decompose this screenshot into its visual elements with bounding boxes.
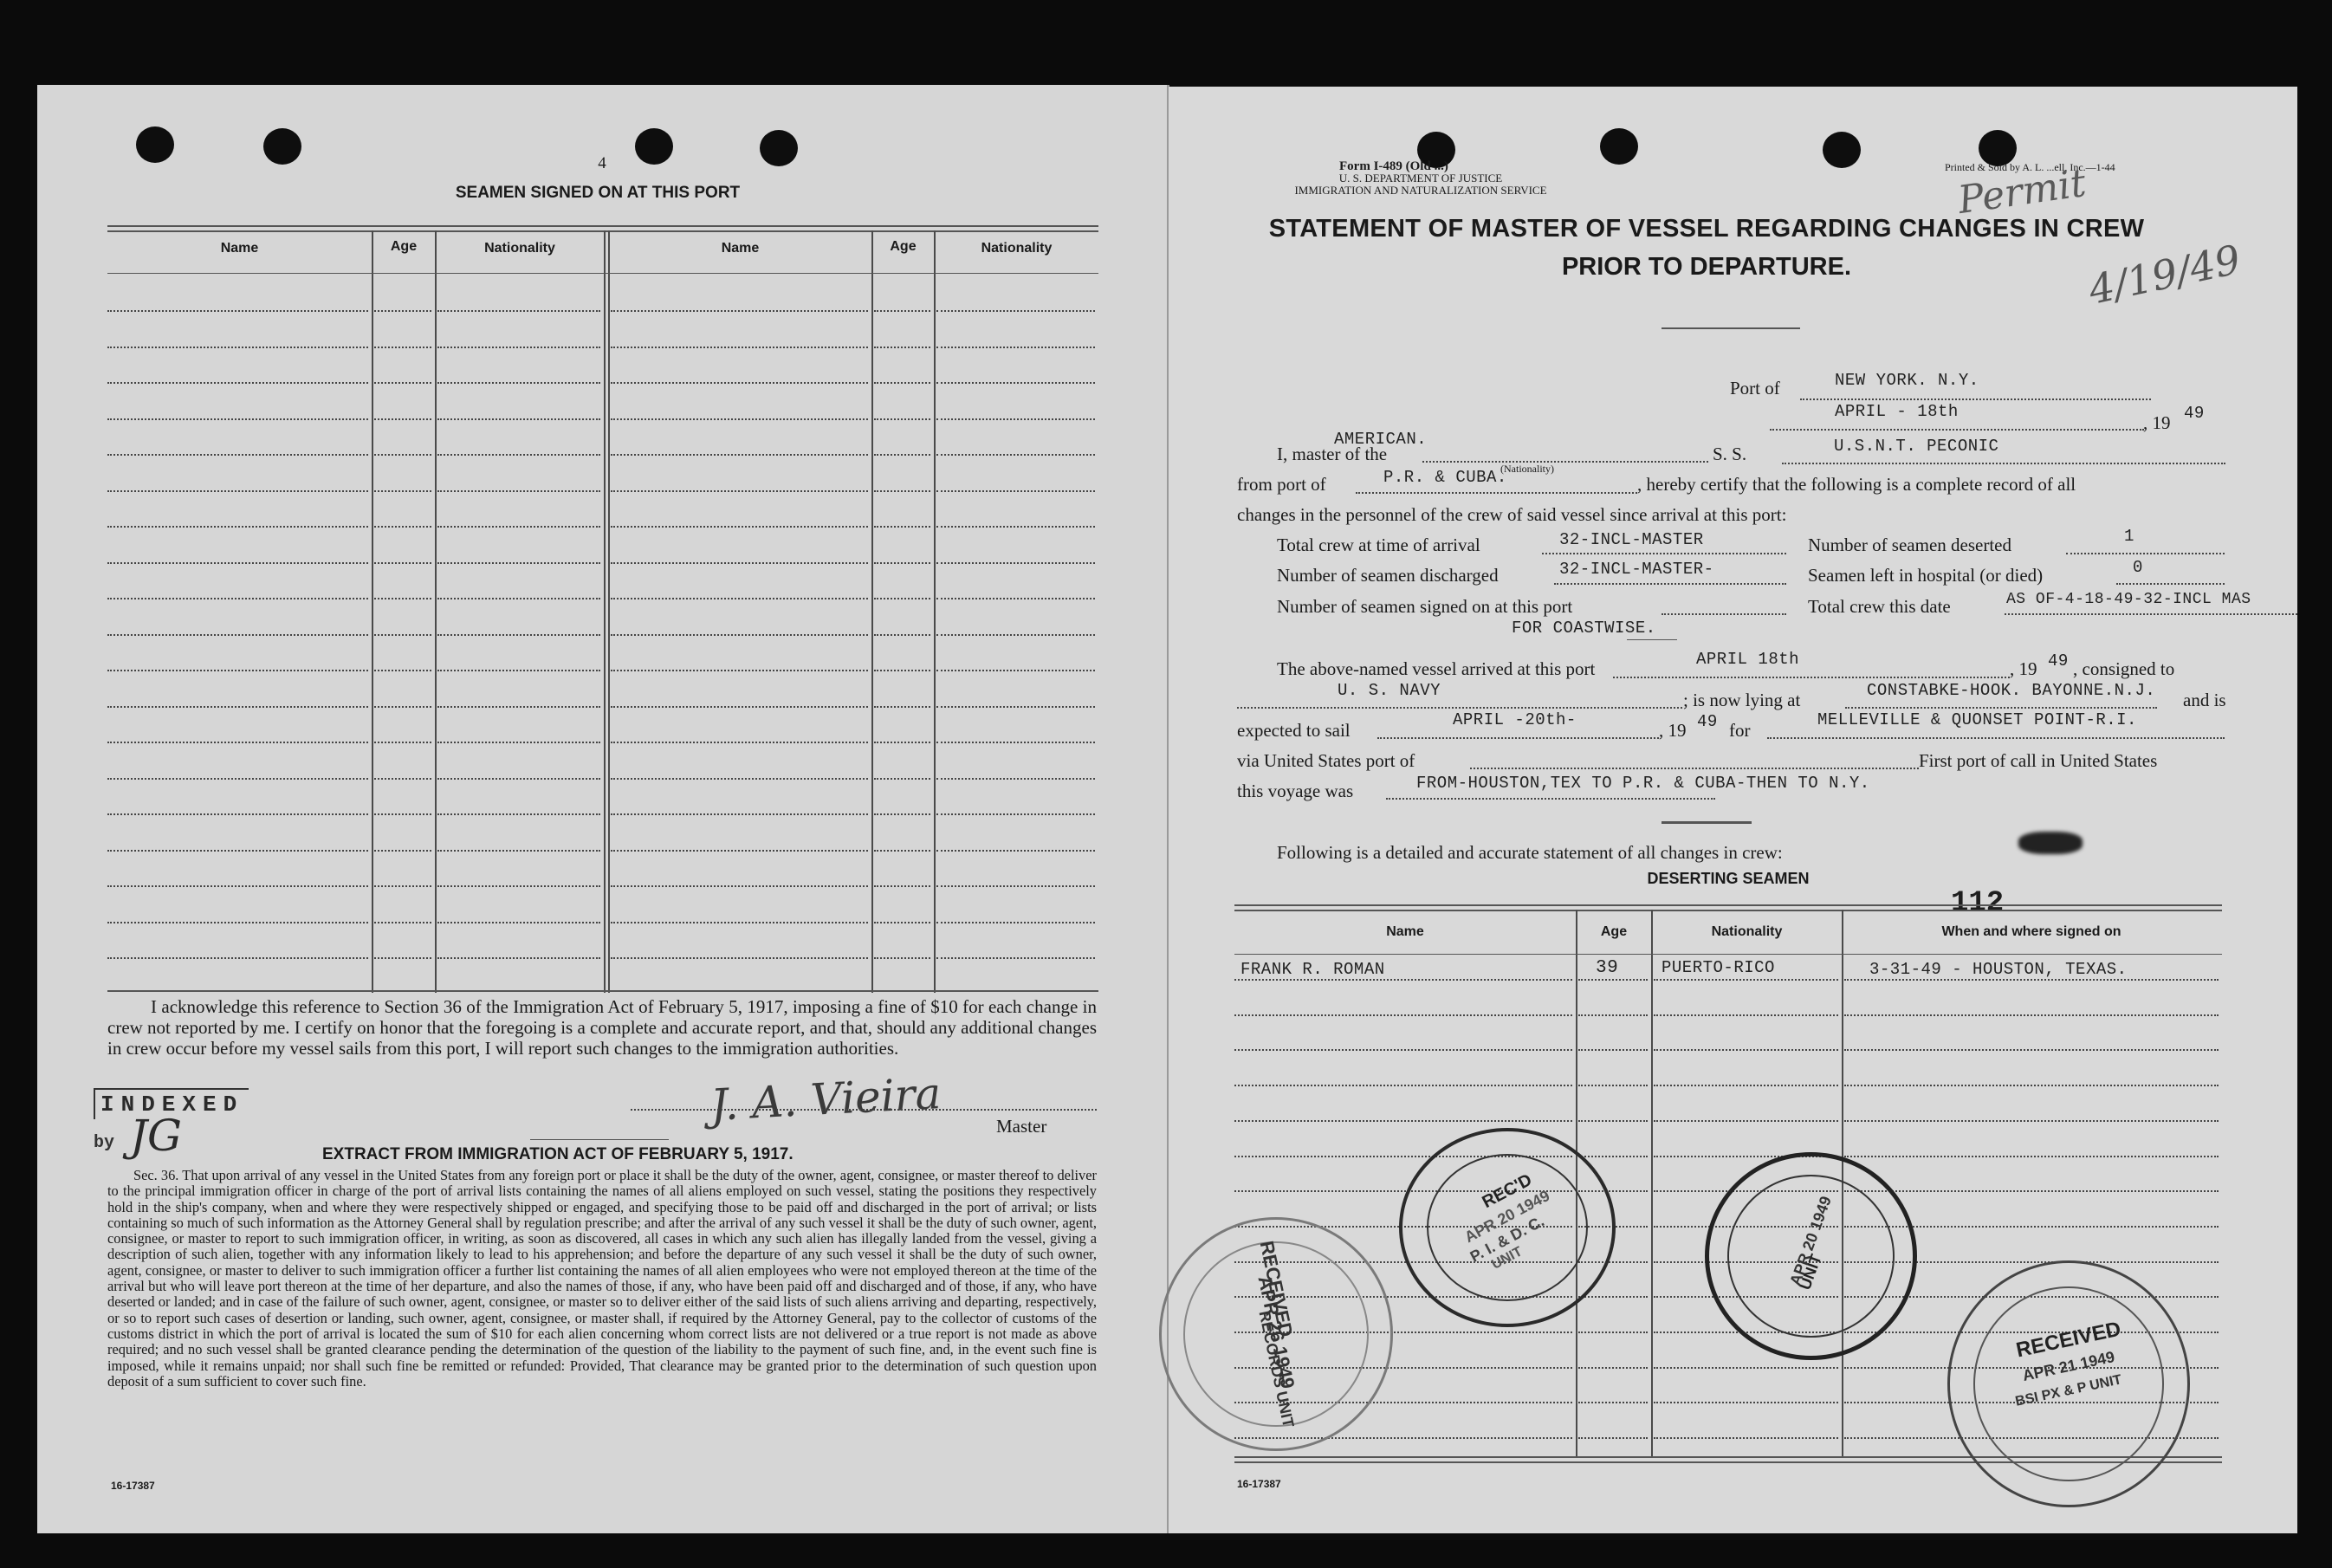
row-rule [874, 382, 930, 384]
row-rule [936, 670, 1095, 671]
from-port-line [1356, 492, 1637, 494]
and-is-label: and is [2183, 690, 2226, 711]
row-rule [936, 850, 1095, 852]
row-rule [374, 382, 431, 384]
row-rule [437, 490, 600, 492]
row-rule [374, 706, 431, 708]
extract-title: EXTRACT FROM IMMIGRATION ACT OF FEBRUARY… [322, 1145, 794, 1164]
total-crew-date-value: AS OF-4-18-49-32-INCL MAS [2006, 591, 2251, 608]
row-rule [374, 347, 431, 348]
recd-stamp-pidc-unit: REC'D APR 20 1949 P. I. & D. C. UNIT [1399, 1128, 1616, 1327]
row-rule [1578, 1120, 1648, 1122]
certify-text: , hereby certify that the following is a… [1637, 474, 2076, 496]
left-in-hospital-line [2116, 583, 2225, 585]
row-rule [874, 454, 930, 456]
seamen-deserted-line [2066, 553, 2225, 554]
row-rule [107, 850, 368, 852]
row-rule [437, 742, 600, 743]
smudged-stamp-unit: APR 20 1949 UNIT [1705, 1152, 1917, 1360]
short-rule [530, 1139, 669, 1140]
row-rule [107, 634, 368, 636]
col-divider [608, 230, 610, 993]
from-port-value: P.R. & CUBA. [1383, 468, 1507, 487]
col-header-age: Age [1577, 924, 1651, 940]
row-rule [437, 310, 600, 312]
nationality-hint: (Nationality) [1500, 463, 1554, 476]
col-header-name: Name [609, 241, 871, 256]
row-rule [107, 598, 368, 599]
row-rule [874, 778, 930, 780]
row-rule [107, 813, 368, 815]
row-rule [374, 454, 431, 456]
row-rule [107, 526, 368, 528]
row-rule [936, 347, 1095, 348]
row-rule [1654, 1049, 1838, 1051]
consigned-to-label: , consigned to [2073, 658, 2174, 680]
row-rule [874, 418, 930, 420]
row-rule [611, 742, 868, 743]
received-stamp-bsi-unit: RECEIVED APR 21 1949 BSI PX & P UNIT [1947, 1260, 2190, 1507]
destination-value: MELLEVILLE & QUONSET POINT-R.I. [1817, 710, 2137, 729]
voyage-line [1386, 798, 1715, 800]
row-rule [107, 490, 368, 492]
row-rule [437, 670, 600, 671]
section-rule [1662, 821, 1752, 824]
row-rule [1578, 979, 1648, 981]
arrival-date-line [1613, 677, 2010, 678]
row-rule [1578, 1437, 1648, 1439]
col-divider [934, 230, 936, 993]
row-rule [936, 922, 1095, 923]
row-rule [874, 598, 930, 599]
vessel-value: U.S.N.T. PECONIC [1834, 437, 1998, 456]
total-crew-arrival-label: Total crew at time of arrival [1277, 535, 1480, 556]
row-rule [1654, 1367, 1838, 1369]
seamen-discharged-label: Number of seamen discharged [1277, 565, 1499, 586]
header-rule [1234, 954, 2222, 955]
deserter-age: 39 [1596, 958, 1618, 978]
punch-hole [1600, 128, 1638, 165]
row-rule [1654, 1402, 1838, 1403]
row-rule [611, 526, 868, 528]
indexed-by-label: by [94, 1133, 114, 1153]
from-port-label: from port of [1237, 474, 1326, 496]
row-rule [374, 885, 431, 887]
row-rule [874, 562, 930, 564]
row-rule [936, 562, 1095, 564]
row-rule [437, 922, 600, 923]
row-rule [611, 490, 868, 492]
voyage-label: this voyage was [1237, 781, 1353, 802]
row-rule [437, 598, 600, 599]
col-divider [435, 230, 437, 993]
row-rule [611, 957, 868, 959]
received-stamp-records-unit: RECEIVED APR 26 1949 RECORDS UNIT [1159, 1217, 1393, 1451]
row-rule [437, 418, 600, 420]
row-rule [437, 850, 600, 852]
left-in-hospital-label: Seamen left in hospital (or died) [1808, 565, 2043, 586]
col-header-nationality: Nationality [935, 241, 1098, 256]
row-rule [374, 850, 431, 852]
row-rule [874, 347, 930, 348]
row-rule [437, 526, 600, 528]
row-rule [874, 634, 930, 636]
row-rule [611, 922, 868, 923]
service: IMMIGRATION AND NATURALIZATION SERVICE [1239, 184, 1603, 198]
deserter-nationality: PUERTO-RICO [1662, 958, 1775, 977]
ss-label: S. S. [1713, 444, 1746, 465]
deserting-title: DESERTING SEAMEN [1577, 870, 1880, 888]
deserter-signed-on: 3-31-49 - HOUSTON, TEXAS. [1869, 960, 2128, 979]
form-title: STATEMENT OF MASTER OF VESSEL REGARDING … [1230, 215, 2183, 243]
total-crew-date-label: Total crew this date [1808, 596, 1951, 618]
year-value: 49 [2184, 404, 2205, 423]
date-line [1770, 429, 2144, 431]
expected-to-sail-label: expected to sail [1237, 720, 1351, 742]
col-divider [1651, 910, 1653, 1457]
via-port-line [1470, 768, 1919, 769]
row-rule [1844, 1120, 2219, 1122]
row-rule [874, 490, 930, 492]
row-rule [936, 526, 1095, 528]
row-rule [611, 454, 868, 456]
row-rule [936, 706, 1095, 708]
row-rule [1578, 1014, 1648, 1016]
arrival-year-value: 49 [2048, 651, 2069, 671]
footer-code: 16-17387 [111, 1480, 155, 1492]
row-rule [107, 382, 368, 384]
row-rule [374, 562, 431, 564]
row-rule [1654, 1085, 1838, 1086]
row-rule [374, 813, 431, 815]
row-rule [611, 813, 868, 815]
row-rule [437, 778, 600, 780]
row-rule [374, 310, 431, 312]
row-rule [1578, 1367, 1648, 1369]
col-divider [372, 230, 373, 993]
row-rule [107, 347, 368, 348]
arrival-date-value: APRIL 18th [1696, 650, 1799, 669]
vessel-line [1782, 463, 2225, 464]
row-rule [874, 885, 930, 887]
row-rule [107, 922, 368, 923]
row-rule [107, 454, 368, 456]
row-rule [1234, 1049, 1572, 1051]
seamen-signed-on-label: Number of seamen signed on at this port [1277, 596, 1572, 618]
row-rule [1578, 1402, 1648, 1403]
row-rule [611, 670, 868, 671]
signed-on-note: FOR COASTWISE. [1512, 619, 1656, 638]
row-rule [437, 813, 600, 815]
row-rule [107, 778, 368, 780]
punch-hole [263, 128, 301, 165]
voyage-value: FROM-HOUSTON,TEX TO P.R. & CUBA-THEN TO … [1416, 774, 1870, 793]
port-line [1800, 398, 2151, 400]
seamen-deserted-value: 1 [2124, 527, 2134, 546]
row-rule [611, 310, 868, 312]
row-rule [374, 670, 431, 671]
seamen-deserted-label: Number of seamen deserted [1808, 535, 2011, 556]
col-divider [871, 230, 873, 993]
lying-at-label: ; is now lying at [1683, 690, 1800, 711]
row-rule [874, 526, 930, 528]
table-top-rule [1234, 904, 2222, 911]
row-rule [936, 382, 1095, 384]
row-rule [374, 526, 431, 528]
footer-code: 16-17387 [1237, 1478, 1281, 1490]
row-rule [107, 885, 368, 887]
arrival-year-prefix: , 19 [2010, 658, 2037, 680]
row-rule [611, 634, 868, 636]
acknowledgement-text: I acknowledge this reference to Section … [107, 996, 1097, 1059]
indexed-initials: JG [130, 1111, 182, 1161]
row-rule [1654, 1120, 1838, 1122]
row-rule [437, 957, 600, 959]
section-title: SEAMEN SIGNED ON AT THIS PORT [260, 184, 936, 203]
arrived-label: The above-named vessel arrived at this p… [1277, 658, 1595, 680]
row-rule [1234, 979, 1572, 981]
row-rule [1654, 1014, 1838, 1016]
row-rule [1578, 1296, 1648, 1298]
row-rule [1844, 1014, 2219, 1016]
row-rule [107, 706, 368, 708]
following-text: Following is a detailed and accurate sta… [1277, 842, 1783, 864]
row-rule [874, 922, 930, 923]
row-rule [611, 778, 868, 780]
punch-hole [1823, 132, 1861, 168]
port-of-label: Port of [1730, 378, 1780, 399]
row-rule [1234, 1120, 1572, 1122]
row-rule [1844, 1156, 2219, 1157]
extract-text: Sec. 36. That upon arrival of any vessel… [107, 1168, 1097, 1390]
via-port-label: via United States port of [1237, 750, 1415, 772]
row-rule [936, 957, 1095, 959]
col-header-nationality: Nationality [436, 241, 604, 256]
sail-year-prefix: , 19 [1659, 720, 1687, 742]
row-rule [936, 778, 1095, 780]
row-rule [1654, 979, 1838, 981]
col-header-age: Age [372, 239, 435, 255]
row-rule [936, 813, 1095, 815]
row-rule [874, 957, 930, 959]
row-rule [107, 418, 368, 420]
row-rule [1578, 1049, 1648, 1051]
lying-at-value: CONSTABKE-HOOK. BAYONNE.N.J. [1867, 681, 2155, 700]
destination-line [1767, 737, 2225, 739]
row-rule [107, 670, 368, 671]
col-divider [604, 230, 606, 993]
page-number: 4 [554, 154, 650, 173]
seamen-signed-on-line [1662, 613, 1786, 615]
row-rule [374, 634, 431, 636]
table-bottom-rule [107, 990, 1098, 992]
signature-label: Master [996, 1116, 1046, 1137]
row-rule [107, 957, 368, 959]
row-rule [1234, 1085, 1572, 1086]
row-rule [1844, 1085, 2219, 1086]
row-rule [1654, 1437, 1838, 1439]
row-rule [374, 742, 431, 743]
row-rule [936, 310, 1095, 312]
row-rule [374, 778, 431, 780]
lying-at-line [1845, 707, 2157, 709]
row-rule [936, 742, 1095, 743]
changes-line: changes in the personnel of the crew of … [1237, 504, 1786, 526]
row-rule [611, 382, 868, 384]
row-rule [1844, 1049, 2219, 1051]
seamen-discharged-line [1554, 583, 1786, 585]
row-rule [874, 310, 930, 312]
row-rule [374, 922, 431, 923]
date-value: APRIL - 18th [1835, 402, 1959, 421]
row-rule [374, 490, 431, 492]
form-subtitle: PRIOR TO DEPARTURE. [1230, 253, 2183, 282]
first-port-label: First port of call in United States [1919, 750, 2157, 772]
row-rule [611, 562, 868, 564]
table-top-rule [107, 225, 1098, 232]
row-rule [374, 418, 431, 420]
row-rule [874, 706, 930, 708]
consignee-value: U. S. NAVY [1338, 681, 1441, 700]
total-crew-date-line [2005, 613, 2297, 615]
title-rule [1662, 327, 1800, 329]
row-rule [1234, 1014, 1572, 1016]
row-rule [1844, 1190, 2219, 1192]
deserter-name: FRANK R. ROMAN [1240, 960, 1385, 979]
row-rule [437, 454, 600, 456]
row-rule [107, 742, 368, 743]
row-rule [374, 598, 431, 599]
row-rule [374, 957, 431, 959]
row-rule [1578, 1085, 1648, 1086]
row-rule [107, 562, 368, 564]
row-rule [611, 850, 868, 852]
row-rule [611, 706, 868, 708]
row-rule [936, 598, 1095, 599]
row-rule [437, 634, 600, 636]
row-rule [936, 634, 1095, 636]
col-header-name: Name [1234, 924, 1576, 940]
nationality-value: AMERICAN. [1334, 430, 1427, 449]
row-rule [936, 490, 1095, 492]
row-rule [611, 598, 868, 599]
row-rule [611, 347, 868, 348]
row-rule [874, 742, 930, 743]
year-prefix: , 19 [2143, 412, 2171, 434]
row-rule [874, 850, 930, 852]
punch-hole [760, 130, 798, 166]
col-header-nationality: Nationality [1652, 924, 1842, 940]
nationality-line [1422, 461, 1708, 463]
signed-on-note-rule [1627, 639, 1677, 640]
for-label: for [1729, 720, 1751, 742]
total-crew-arrival-value: 32-INCL-MASTER [1559, 530, 1704, 549]
col-header-age: Age [872, 239, 934, 255]
sail-date-value: APRIL -20th- [1453, 710, 1577, 729]
row-rule [1578, 1332, 1648, 1333]
row-rule [936, 454, 1095, 456]
row-rule [936, 885, 1095, 887]
signature-line [631, 1109, 1097, 1111]
sail-year-value: 49 [1697, 712, 1718, 731]
row-rule [611, 885, 868, 887]
row-rule [874, 670, 930, 671]
row-rule [874, 813, 930, 815]
row-rule [1844, 979, 2219, 981]
sail-date-line [1377, 737, 1659, 739]
row-rule [107, 310, 368, 312]
total-crew-arrival-line [1542, 553, 1786, 554]
left-in-hospital-value: 0 [2133, 558, 2143, 577]
seamen-discharged-value: 32-INCL-MASTER- [1559, 560, 1714, 579]
row-rule [437, 885, 600, 887]
row-rule [437, 562, 600, 564]
col-header-signed-on: When and where signed on [1843, 924, 2220, 940]
ink-smudge [2018, 832, 2083, 854]
consignee-line [1237, 707, 1682, 709]
header-rule [107, 273, 1098, 274]
port-value: NEW YORK. N.Y. [1835, 371, 1979, 390]
stamped-number: 112 [1951, 887, 2004, 920]
row-rule [936, 418, 1095, 420]
row-rule [611, 418, 868, 420]
row-rule [437, 382, 600, 384]
punch-hole [136, 126, 174, 163]
col-header-name: Name [107, 241, 372, 256]
row-rule [437, 347, 600, 348]
row-rule [437, 706, 600, 708]
